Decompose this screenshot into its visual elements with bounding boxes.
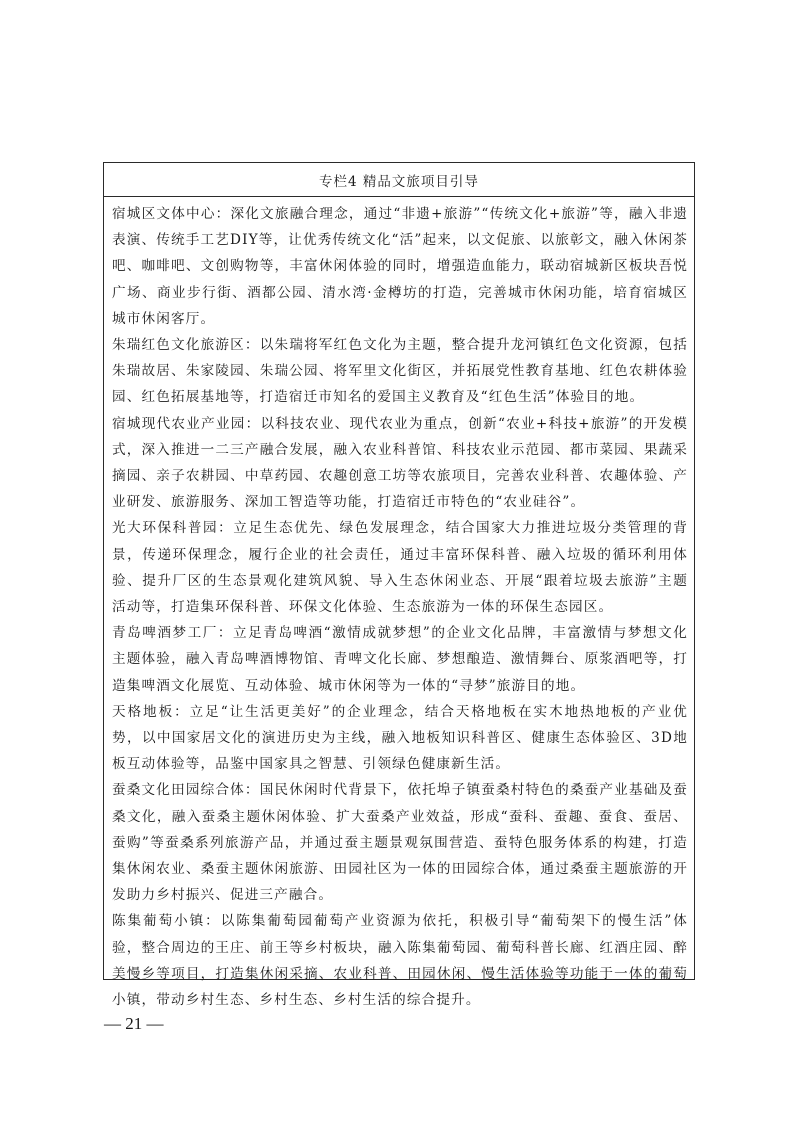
project-paragraph: 光大环保科普园：立足生态优先、绿色发展理念，结合国家大力推进垃圾分类管理的背景，… xyxy=(112,515,688,620)
feature-box-body: 宿城区文体中心：深化文旅融合理念，通过“非遗+旅游”“传统文化+旅游”等，融入非… xyxy=(104,197,694,1013)
project-paragraph: 朱瑞红色文化旅游区：以朱瑞将军红色文化为主题，整合提升龙河镇红色文化资源，包括朱… xyxy=(112,332,688,411)
page-number: — 21 — xyxy=(104,1014,164,1034)
project-paragraph: 天格地板：立足“让生活更美好”的企业理念，结合天格地板在实木地热地板的产业优势，… xyxy=(112,699,688,778)
project-paragraph: 青岛啤酒梦工厂：立足青岛啤酒“激情成就梦想”的企业文化品牌，丰富激情与梦想文化主… xyxy=(112,620,688,699)
project-paragraph: 宿城区文体中心：深化文旅融合理念，通过“非遗+旅游”“传统文化+旅游”等，融入非… xyxy=(112,201,688,332)
project-paragraph: 蚕桑文化田园综合体：国民休闲时代背景下，依托埠子镇蚕桑村特色的桑蚕产业基础及蚕桑… xyxy=(112,777,688,908)
project-paragraph: 宿城现代农业产业园：以科技农业、现代农业为重点，创新“农业+科技+旅游”的开发模… xyxy=(112,411,688,516)
feature-box: 专栏4 精品文旅项目引导 宿城区文体中心：深化文旅融合理念，通过“非遗+旅游”“… xyxy=(103,162,695,980)
feature-box-title: 专栏4 精品文旅项目引导 xyxy=(104,163,694,197)
project-paragraph: 陈集葡萄小镇：以陈集葡萄园葡萄产业资源为依托，积极引导“葡萄架下的慢生活”体验，… xyxy=(112,908,688,1013)
